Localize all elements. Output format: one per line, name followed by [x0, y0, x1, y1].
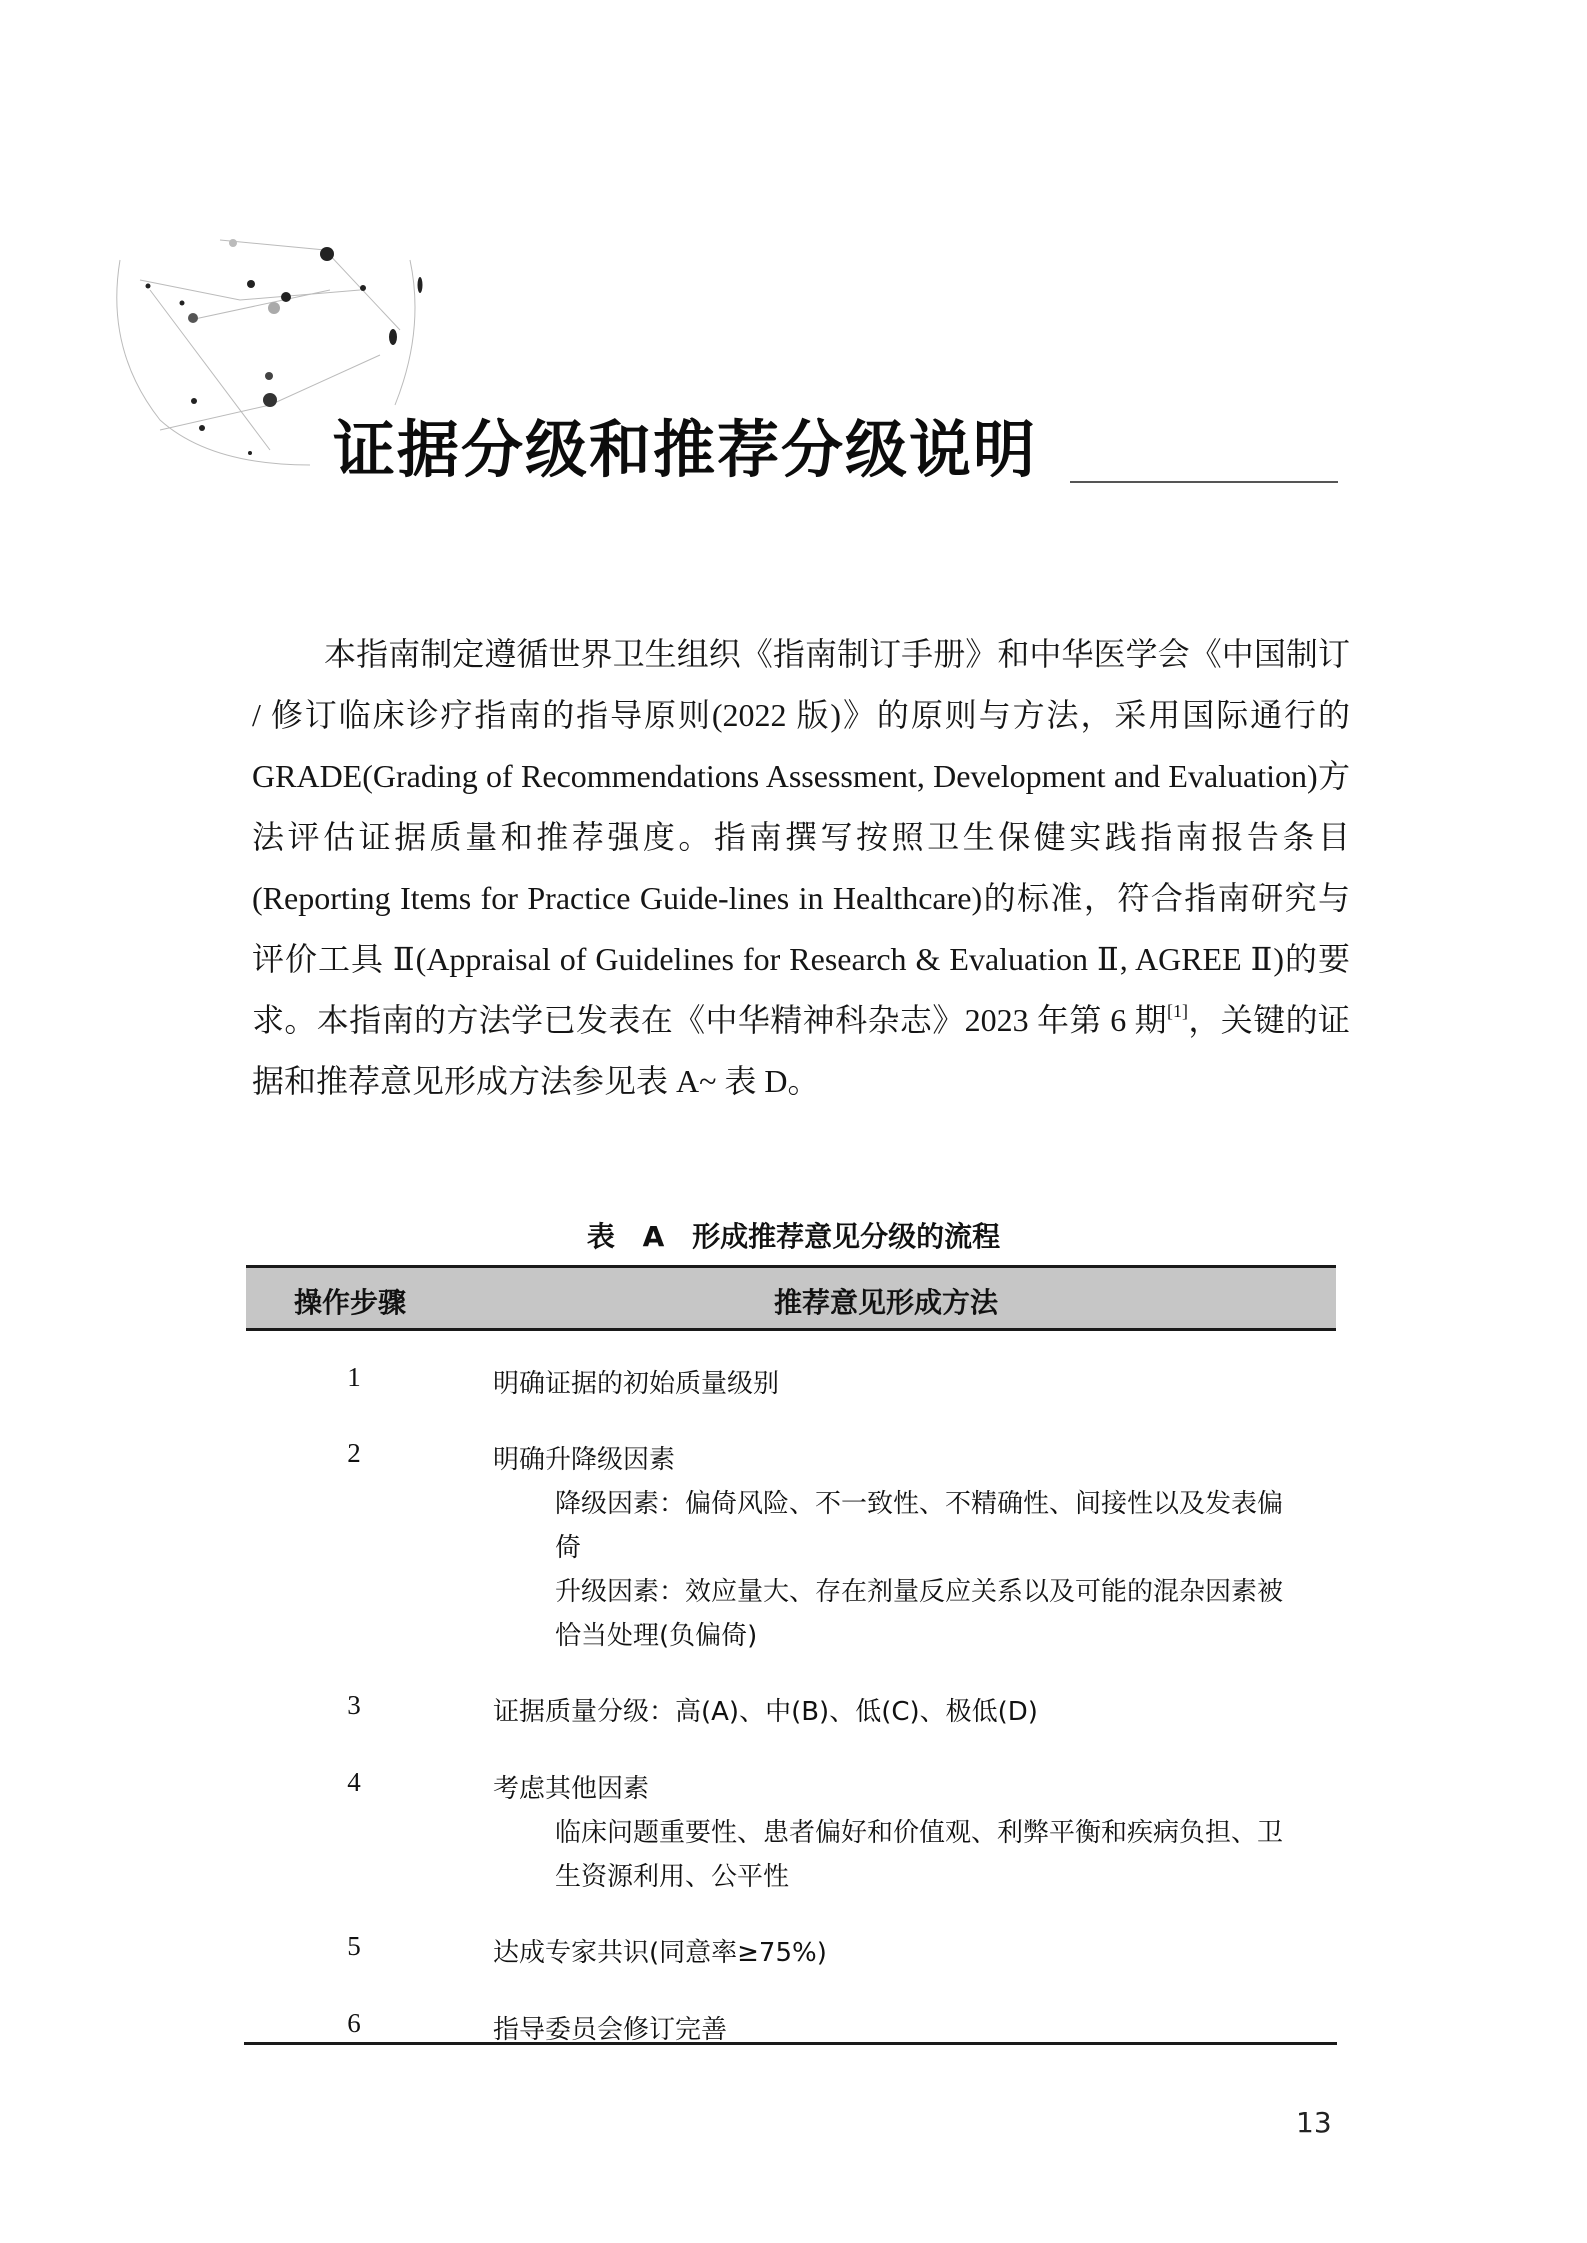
table-bottom-rule — [244, 2042, 1337, 2045]
intro-paragraph: 本指南制定遵循世界卫生组织《指南制订手册》和中华医学会《中国制订 / 修订临床诊… — [252, 624, 1350, 1112]
step-method: 证据质量分级：高(A)、中(B)、低(C)、极低(D) — [493, 1690, 1038, 1734]
step-detail: 升级因素：效应量大、存在剂量反应关系以及可能的混杂因素被恰当处理(负偏倚) — [493, 1570, 1285, 1658]
table-a: 操作步骤 推荐意见形成方法 1 明确证据的初始质量级别 2 明确升降级因素 降级… — [246, 1265, 1336, 1331]
step-method: 明确证据的初始质量级别 — [493, 1362, 779, 1406]
step-detail: 降级因素：偏倚风险、不一致性、不精确性、间接性以及发表偏倚 — [493, 1482, 1285, 1570]
intro-text-part1: 本指南制定遵循世界卫生组织《指南制订手册》和中华医学会《中国制订 / 修订临床诊… — [252, 636, 1350, 1038]
step-number: 2 — [330, 1438, 378, 1469]
step-number: 3 — [330, 1690, 378, 1721]
step-method: 明确升降级因素 降级因素：偏倚风险、不一致性、不精确性、间接性以及发表偏倚 升级… — [493, 1438, 1285, 1658]
header-method: 推荐意见形成方法 — [246, 1281, 1336, 1321]
table-caption: 表 A 形成推荐意见分级的流程 — [0, 1215, 1587, 1255]
citation-ref[interactable]: [1] — [1167, 1001, 1188, 1021]
step-number: 5 — [330, 1931, 378, 1962]
step-number: 1 — [330, 1362, 378, 1393]
title-rule — [1070, 481, 1338, 483]
table-header: 操作步骤 推荐意见形成方法 — [246, 1265, 1336, 1331]
page-title: 证据分级和推荐分级说明 — [333, 410, 1037, 490]
step-number: 4 — [330, 1767, 378, 1798]
step-detail: 临床问题重要性、患者偏好和价值观、利弊平衡和疾病负担、卫生资源利用、公平性 — [493, 1811, 1285, 1899]
step-method: 指导委员会修订完善 — [493, 2008, 727, 2052]
step-number: 6 — [330, 2008, 378, 2039]
step-method: 达成专家共识(同意率≥75%) — [493, 1931, 827, 1975]
page-number: 13 — [1296, 2106, 1332, 2139]
step-method: 考虑其他因素 临床问题重要性、患者偏好和价值观、利弊平衡和疾病负担、卫生资源利用… — [493, 1767, 1285, 1899]
